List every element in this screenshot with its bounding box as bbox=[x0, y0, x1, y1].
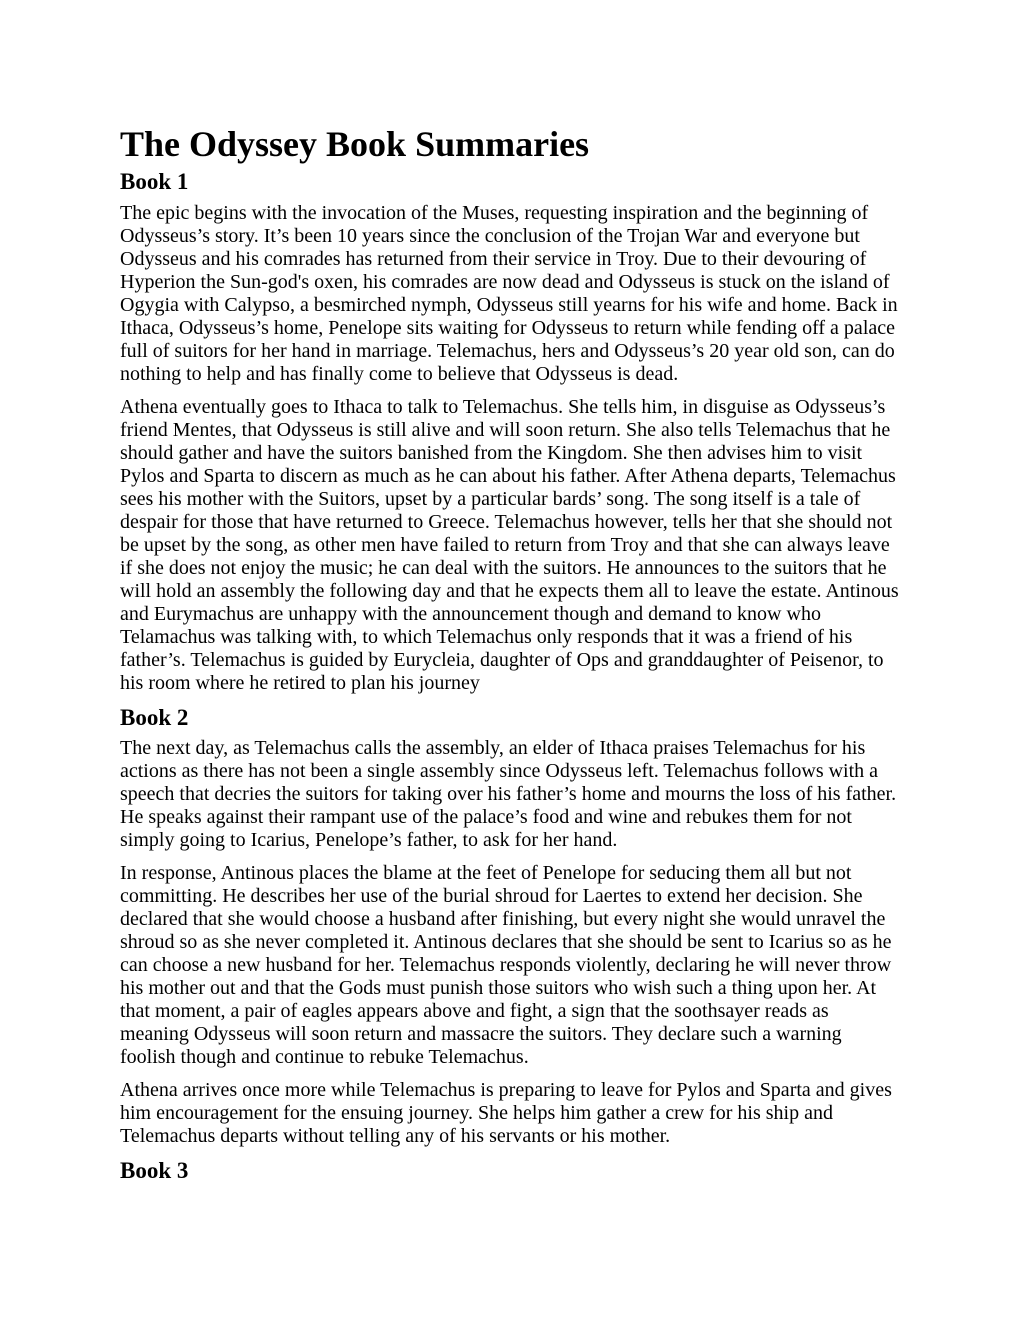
document-page: The Odyssey Book Summaries Book 1 The ep… bbox=[0, 0, 1020, 1320]
book-1-paragraph-1: The epic begins with the invocation of t… bbox=[120, 202, 902, 386]
heading-book-3: Book 3 bbox=[120, 1158, 902, 1184]
book-1-paragraph-2: Athena eventually goes to Ithaca to talk… bbox=[120, 396, 902, 695]
page-title: The Odyssey Book Summaries bbox=[120, 124, 902, 165]
heading-book-1: Book 1 bbox=[120, 169, 902, 195]
book-2-paragraph-1: The next day, as Telemachus calls the as… bbox=[120, 737, 902, 852]
heading-book-2: Book 2 bbox=[120, 705, 902, 731]
book-2-paragraph-2: In response, Antinous places the blame a… bbox=[120, 862, 902, 1069]
book-2-paragraph-3: Athena arrives once more while Telemachu… bbox=[120, 1079, 902, 1148]
